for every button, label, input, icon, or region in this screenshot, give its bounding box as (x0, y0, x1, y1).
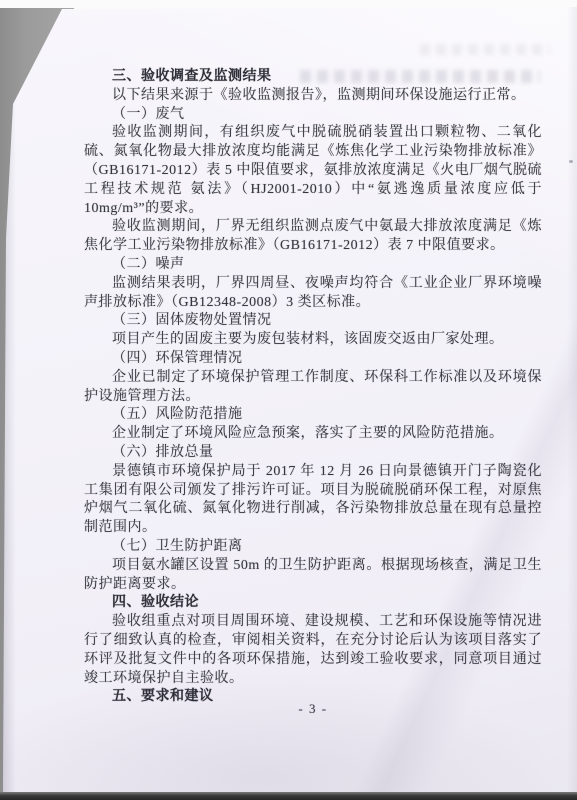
document-page: 三、验收调查及监测结果以下结果来源于《验收监测报告》，监测期间环保设施运行正常。… (0, 0, 577, 800)
section-heading: （四）环保管理情况 (84, 350, 542, 369)
paragraph: 景德镇市环境保护局于 2017 年 12 月 26 日向景德镇开门子陶瓷化工集团… (84, 463, 542, 538)
section-heading: （一）废气 (84, 106, 542, 125)
paragraph: 项目产生的固废主要为废包装材料，该固废交返由厂家处理。 (84, 331, 542, 350)
scan-edge-strip (0, 792, 577, 800)
section-heading: （六）排放总量 (84, 444, 542, 463)
section-heading: （三）固体废物处置情况 (84, 312, 542, 331)
paragraph: 验收监测期间，有组织废气中脱硫脱硝装置出口颗粒物、二氧化硫、氮氧化物最大排放浓度… (84, 124, 542, 218)
paragraph: 企业制定了环境风险应急预案，落实了主要的风险防范措施。 (84, 425, 542, 444)
paragraph: 验收监测期间，厂界无组织监测点废气中氨最大排放浓度满足《炼焦化学工业污染物排放标… (84, 218, 542, 256)
scan-speck (569, 160, 573, 163)
paragraph: 企业已制定了环境保护管理工作制度、环保科工作标准以及环境保护设施管理方法。 (84, 369, 542, 407)
page-number: - 3 - (84, 701, 542, 717)
section-heading: 三、验收调查及监测结果 (84, 68, 542, 87)
section-heading: 四、验收结论 (84, 594, 542, 613)
scanned-page-container: 三、验收调查及监测结果以下结果来源于《验收监测报告》，监测期间环保设施运行正常。… (0, 0, 577, 800)
paragraph: 验收组重点对项目周围环境、建设规模、工艺和环保设施等情况进行了细致认真的检查，审… (84, 613, 542, 688)
paragraph: 项目氨水罐区设置 50m 的卫生防护距离。根据现场核查，满足卫生防护距离要求。 (84, 557, 542, 595)
ink-bleed-artifact (420, 44, 550, 55)
section-heading: （二）噪声 (84, 256, 542, 275)
section-heading: （七）卫生防护距离 (84, 538, 542, 557)
section-heading: （五）风险防范措施 (84, 406, 542, 425)
paragraph: 监测结果表明，厂界四周昼、夜噪声均符合《工业企业厂界环境噪声排放标准》（GB12… (84, 275, 542, 313)
paragraph: 以下结果来源于《验收监测报告》，监测期间环保设施运行正常。 (84, 87, 542, 106)
scan-canvas: { "document": { "page_number": "- 3 -", … (0, 0, 577, 800)
document-body: 三、验收调查及监测结果以下结果来源于《验收监测报告》，监测期间环保设施运行正常。… (84, 68, 542, 707)
